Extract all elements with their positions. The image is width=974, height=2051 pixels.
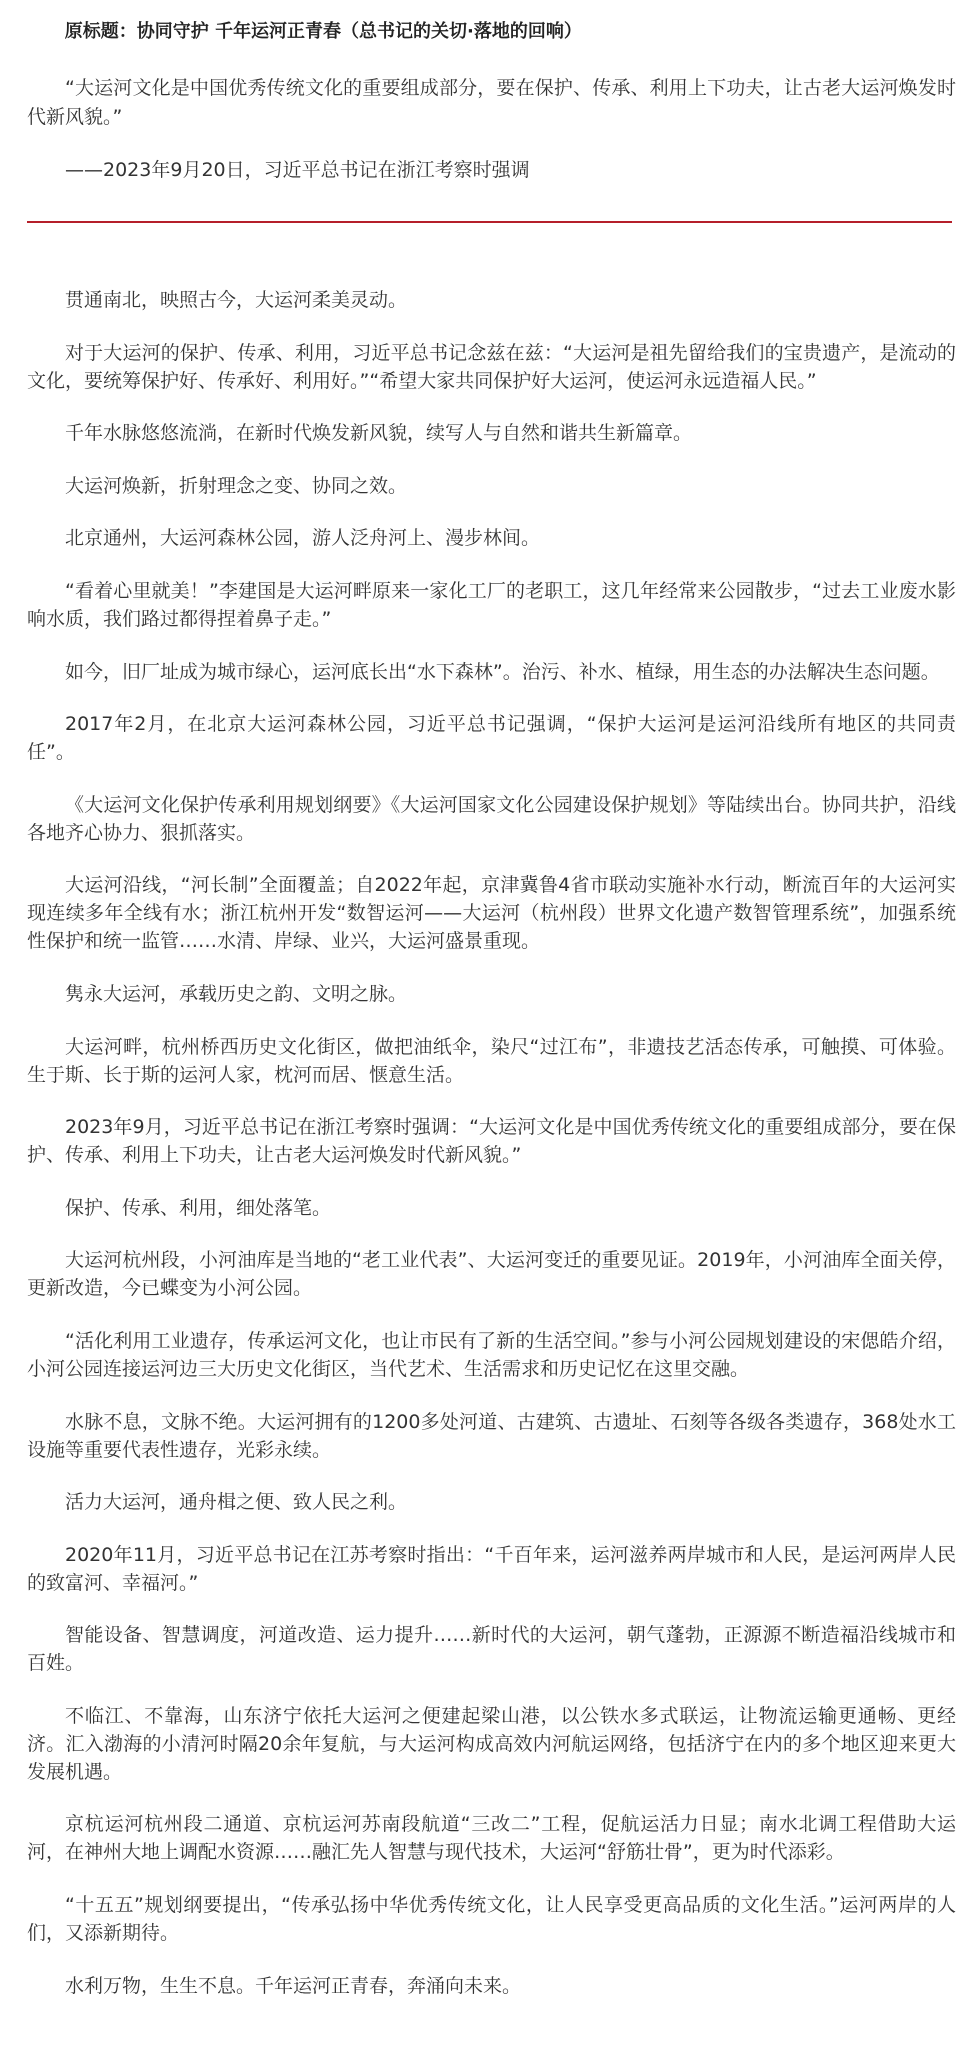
paragraph: 不临江、不靠海，山东济宁依托大运河之便建起梁山港，以公铁水多式联运，让物流运输更…: [27, 1702, 956, 1786]
paragraph: 京杭运河杭州段二通道、京杭运河苏南段航道“三改二”工程，促航运活力日显；南水北调…: [27, 1810, 956, 1866]
lead-quote: “大运河文化是中国优秀传统文化的重要组成部分，要在保护、传承、利用上下功夫，让古…: [27, 74, 956, 132]
article-body: 贯通南北，映照古今，大运河柔美灵动。 对于大运河的保护、传承、利用，习近平总书记…: [27, 286, 956, 2024]
paragraph: 大运河沿线，“河长制”全面覆盖；自2022年起，京津冀鲁4省市联动实施补水行动，…: [27, 871, 956, 955]
paragraph: 大运河杭州段，小河油库是当地的“老工业代表”、大运河变迁的重要见证。2019年，…: [27, 1246, 956, 1302]
paragraph: 智能设备、智慧调度，河道改造、运力提升……新时代的大运河，朝气蓬勃，正源源不断造…: [27, 1621, 956, 1677]
paragraph: “看着心里就美！”李建国是大运河畔原来一家化工厂的老职工，这几年经常来公园散步，…: [27, 577, 956, 633]
paragraph: 水脉不息，文脉不绝。大运河拥有的1200多处河道、古建筑、古遗址、石刻等各级各类…: [27, 1408, 956, 1464]
paragraph: 2017年2月，在北京大运河森林公园，习近平总书记强调，“保护大运河是运河沿线所…: [27, 710, 956, 766]
paragraph: 保护、传承、利用，细处落笔。: [27, 1194, 956, 1222]
paragraph: 《大运河文化保护传承利用规划纲要》《大运河国家文化公园建设保护规划》等陆续出台。…: [27, 791, 956, 847]
paragraph: 大运河畔，杭州桥西历史文化街区，做把油纸伞，染尺“过江布”，非遗技艺活态传承，可…: [27, 1033, 956, 1089]
paragraph: 2020年11月，习近平总书记在江苏考察时指出：“千百年来，运河滋养两岸城市和人…: [27, 1541, 956, 1597]
paragraph: 大运河焕新，折射理念之变、协同之效。: [27, 472, 956, 500]
paragraph: “十五五”规划纲要提出，“传承弘扬中华优秀传统文化，让人民享受更高品质的文化生活…: [27, 1891, 956, 1947]
paragraph: 水利万物，生生不息。千年运河正青春，奔涌向未来。: [27, 1972, 956, 2000]
paragraph: “活化利用工业遗存，传承运河文化，也让市民有了新的生活空间。”参与小河公园规划建…: [27, 1327, 956, 1383]
paragraph: 北京通州，大运河森林公园，游人泛舟河上、漫步林间。: [27, 524, 956, 552]
red-divider: [27, 221, 952, 223]
paragraph: 活力大运河，通舟楫之便、致人民之利。: [27, 1488, 956, 1516]
paragraph: 如今，旧厂址成为城市绿心，运河底长出“水下森林”。治污、补水、植绿，用生态的办法…: [27, 658, 956, 686]
original-title: 原标题：协同守护 千年运河正青春（总书记的关切·落地的回响）: [27, 18, 956, 46]
paragraph: 对于大运河的保护、传承、利用，习近平总书记念兹在兹：“大运河是祖先留给我们的宝贵…: [27, 339, 956, 395]
quote-source: ——2023年9月20日，习近平总书记在浙江考察时强调: [27, 156, 956, 184]
paragraph: 千年水脉悠悠流淌，在新时代焕发新风貌，续写人与自然和谐共生新篇章。: [27, 419, 956, 447]
paragraph: 贯通南北，映照古今，大运河柔美灵动。: [27, 286, 956, 314]
paragraph: 隽永大运河，承载历史之韵、文明之脉。: [27, 980, 956, 1008]
paragraph: 2023年9月，习近平总书记在浙江考察时强调：“大运河文化是中国优秀传统文化的重…: [27, 1113, 956, 1169]
